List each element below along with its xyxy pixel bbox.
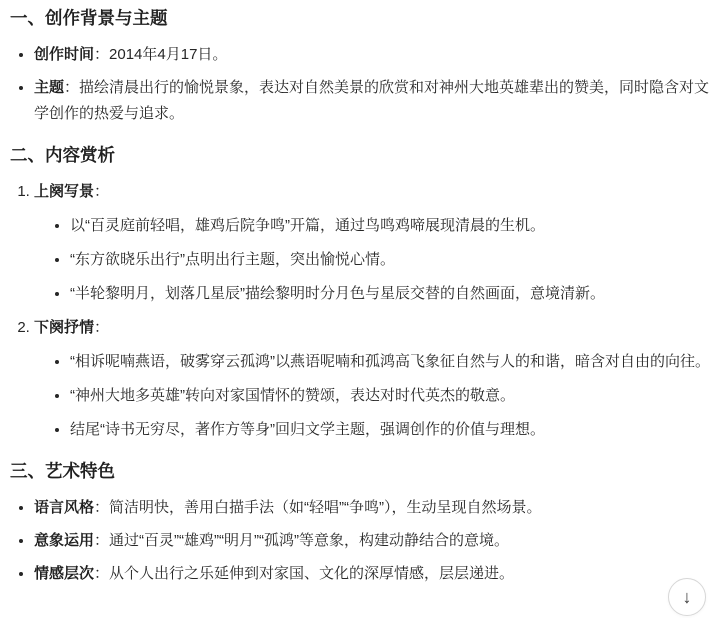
label-colon: ： — [94, 319, 109, 336]
item-text: 从个人出行之乐延伸到对家国、文化的深厚情感，层层递进。 — [109, 565, 514, 582]
item-text: “半轮黎明月，划落几星辰”描绘黎明时分月色与星辰交替的自然画面，意境清新。 — [70, 285, 605, 302]
item-label: 下阕抒情 — [34, 319, 94, 336]
section-content-appreciation: 二、内容赏析 上阕写景： 以“百灵庭前轻唱，雄鸡后院争鸣”开篇，通过鸟鸣鸡啼展现… — [10, 143, 710, 443]
item-text: 2014年4月17日。 — [109, 46, 227, 63]
sub-bullet-list: 以“百灵庭前轻唱，雄鸡后院争鸣”开篇，通过鸟鸣鸡啼展现清晨的生机。 “东方欲晓乐… — [34, 213, 710, 307]
numbered-item: 下阕抒情： “相诉呢喃燕语，破雾穿云孤鸿”以燕语呢喃和孤鸿高飞象征自然与人的和谐… — [34, 315, 710, 443]
sub-list-item: “东方欲晓乐出行”点明出行主题，突出愉悦心情。 — [70, 247, 710, 273]
label-colon: ： — [94, 499, 109, 516]
item-text: “相诉呢喃燕语，破雾穿云孤鸿”以燕语呢喃和孤鸿高飞象征自然与人的和谐，暗含对自由… — [70, 353, 710, 370]
item-label: 意象运用 — [34, 532, 94, 549]
item-text: 描绘清晨出行的愉悦景象，表达对自然美景的欣赏和对神州大地英雄辈出的赞美，同时隐含… — [34, 79, 709, 122]
item-label: 上阕写景 — [34, 183, 94, 200]
item-label: 语言风格 — [34, 499, 94, 516]
numbered-list: 上阕写景： 以“百灵庭前轻唱，雄鸡后院争鸣”开篇，通过鸟鸣鸡啼展现清晨的生机。 … — [10, 179, 710, 443]
sub-list-item: “半轮黎明月，划落几星辰”描绘黎明时分月色与星辰交替的自然画面，意境清新。 — [70, 281, 710, 307]
scroll-to-bottom-button[interactable]: ↓ — [668, 578, 706, 616]
list-item: 意象运用：通过“百灵”“雄鸡”“明月”“孤鸿”等意象，构建动静结合的意境。 — [34, 528, 710, 554]
label-colon: ： — [64, 79, 79, 96]
down-arrow-icon: ↓ — [683, 588, 692, 606]
sub-list-item: “神州大地多英雄”转向对家国情怀的赞颂，表达对时代英杰的敬意。 — [70, 383, 710, 409]
item-text: 简洁明快，善用白描手法（如“轻唱”“争鸣”），生动呈现自然场景。 — [109, 499, 541, 516]
item-text: 结尾“诗书无穷尽，著作方等身”回归文学主题，强调创作的价值与理想。 — [70, 421, 545, 438]
list-item: 语言风格：简洁明快，善用白描手法（如“轻唱”“争鸣”），生动呈现自然场景。 — [34, 495, 710, 521]
sub-list-item: 结尾“诗书无穷尽，著作方等身”回归文学主题，强调创作的价值与理想。 — [70, 417, 710, 443]
section-title: 一、创作背景与主题 — [10, 6, 710, 30]
chat-response-page: { "ui": { "colon": "：", "down_arrow": "↓… — [0, 0, 714, 618]
bullet-list: 语言风格：简洁明快，善用白描手法（如“轻唱”“争鸣”），生动呈现自然场景。 意象… — [10, 495, 710, 587]
item-label: 创作时间 — [34, 46, 94, 63]
item-text: 以“百灵庭前轻唱，雄鸡后院争鸣”开篇，通过鸟鸣鸡啼展现清晨的生机。 — [70, 217, 545, 234]
bullet-list: 创作时间：2014年4月17日。 主题：描绘清晨出行的愉悦景象，表达对自然美景的… — [10, 42, 710, 127]
section-background-theme: 一、创作背景与主题 创作时间：2014年4月17日。 主题：描绘清晨出行的愉悦景… — [10, 6, 710, 127]
sub-list-item: 以“百灵庭前轻唱，雄鸡后院争鸣”开篇，通过鸟鸣鸡啼展现清晨的生机。 — [70, 213, 710, 239]
sub-list-item: “相诉呢喃燕语，破雾穿云孤鸿”以燕语呢喃和孤鸿高飞象征自然与人的和谐，暗含对自由… — [70, 349, 710, 375]
section-title: 二、内容赏析 — [10, 143, 710, 167]
item-label: 情感层次 — [34, 565, 94, 582]
item-text: 通过“百灵”“雄鸡”“明月”“孤鸿”等意象，构建动静结合的意境。 — [109, 532, 509, 549]
sub-bullet-list: “相诉呢喃燕语，破雾穿云孤鸿”以燕语呢喃和孤鸿高飞象征自然与人的和谐，暗含对自由… — [34, 349, 710, 443]
list-item: 创作时间：2014年4月17日。 — [34, 42, 710, 68]
item-text: “东方欲晓乐出行”点明出行主题，突出愉悦心情。 — [70, 251, 395, 268]
section-title: 三、艺术特色 — [10, 459, 710, 483]
label-colon: ： — [94, 532, 109, 549]
item-text: “神州大地多英雄”转向对家国情怀的赞颂，表达对时代英杰的敬意。 — [70, 387, 515, 404]
list-item: 主题：描绘清晨出行的愉悦景象，表达对自然美景的欣赏和对神州大地英雄辈出的赞美，同… — [34, 75, 710, 127]
label-colon: ： — [94, 46, 109, 63]
item-label: 主题 — [34, 79, 64, 96]
analysis-content: 一、创作背景与主题 创作时间：2014年4月17日。 主题：描绘清晨出行的愉悦景… — [0, 0, 714, 587]
numbered-item: 上阕写景： 以“百灵庭前轻唱，雄鸡后院争鸣”开篇，通过鸟鸣鸡啼展现清晨的生机。 … — [34, 179, 710, 307]
list-item: 情感层次：从个人出行之乐延伸到对家国、文化的深厚情感，层层递进。 — [34, 561, 710, 587]
section-artistic-features: 三、艺术特色 语言风格：简洁明快，善用白描手法（如“轻唱”“争鸣”），生动呈现自… — [10, 459, 710, 587]
label-colon: ： — [94, 183, 109, 200]
label-colon: ： — [94, 565, 109, 582]
